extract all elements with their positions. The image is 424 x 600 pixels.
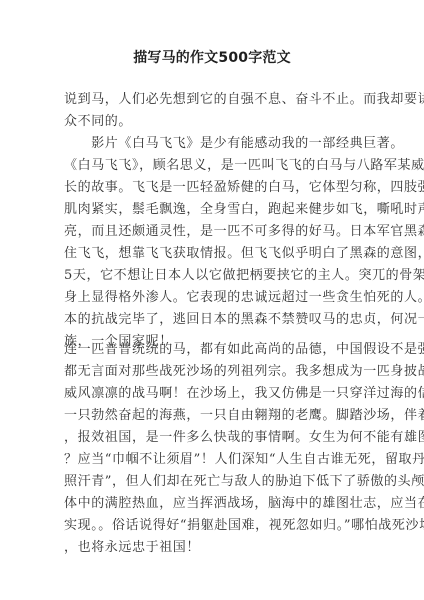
text-line: 实现。。俗话说得好“捐躯赴国难，视死忽如归。”哪怕战死沙场 bbox=[64, 518, 364, 534]
text-line: ，也将永远忠于祖国！ bbox=[64, 540, 364, 556]
document-title: 描写马的作文500字范文 bbox=[0, 48, 424, 68]
text-line: 体中的满腔热血，应当挥洒战场，脑海中的雄图壮志，应当在战场 bbox=[64, 496, 364, 512]
text-line: 5天，它不想让日本人以它做把柄要挟它的主人。突兀的骨架在飞飞 bbox=[64, 268, 364, 284]
text-line: 一只勃然奋起的海燕，一只自由翱翔的老鹰。脚踏沙场，伴着战鼓 bbox=[64, 408, 364, 424]
text-line: 亮，而且还颇通灵性，是一匹不可多得的好马。日本军官黑森想捉 bbox=[64, 224, 364, 240]
text-line: 威风凛凛的战马啊！在沙场上，我又仿佛是一只穿洋过海的信鸽， bbox=[64, 386, 364, 402]
text-line: 照汗青”，但人们却在死亡与敌人的胁迫下低下了骄傲的头颅。身 bbox=[64, 474, 364, 490]
text-line: 肌肉紧实，鬃毛飘逸，全身雪白，跑起来健步如飞，嘶吼时声音洪 bbox=[64, 202, 364, 218]
text-line: ，报效祖国，是一件多么快哉的事情啊。女生为何不能有雄图壮志 bbox=[64, 430, 364, 446]
text-line: 说到马，人们必先想到它的自强不息、奋斗不止。而我却要讲些与 bbox=[64, 92, 364, 108]
text-line: 长的故事。飞飞是一匹轻盈矫健的白马，它体型匀称，四肢强健， bbox=[64, 180, 364, 196]
document-page: 描写马的作文500字范文 说到马，人们必先想到它的自强不息、奋斗不止。而我却要讲… bbox=[0, 0, 424, 600]
text-line: ？应当“巾帼不让须眉”！人们深知“人生自古谁无死，留取丹心 bbox=[64, 452, 364, 468]
text-line: 本的抗战完毕了，逃回日本的黑森不禁赞叹马的忠贞，何况一个民 bbox=[64, 312, 364, 328]
text-line: 影片《白马飞飞》是少有能感动我的一部经典巨著。 bbox=[64, 136, 364, 152]
text-line: 众不同的。 bbox=[64, 114, 364, 130]
text-line: 住飞飞，想靠飞飞获取情报。但飞飞似乎明白了黑森的意图，绝食1 bbox=[64, 246, 364, 262]
text-line: 都无言面对那些战死沙场的列祖列宗。我多想成为一匹身披战甲， bbox=[64, 364, 364, 380]
text-line: 连一匹普普统统的马，都有如此高尚的品德，中国假设不是强国， bbox=[64, 342, 364, 358]
text-line: 身上显得格外渗人。它表现的忠诚远超过一些贪生怕死的人。与日 bbox=[64, 290, 364, 306]
text-line: 《白马飞飞》，顾名思义，是一匹叫飞飞的白马与八路军某威连团 bbox=[64, 158, 364, 174]
